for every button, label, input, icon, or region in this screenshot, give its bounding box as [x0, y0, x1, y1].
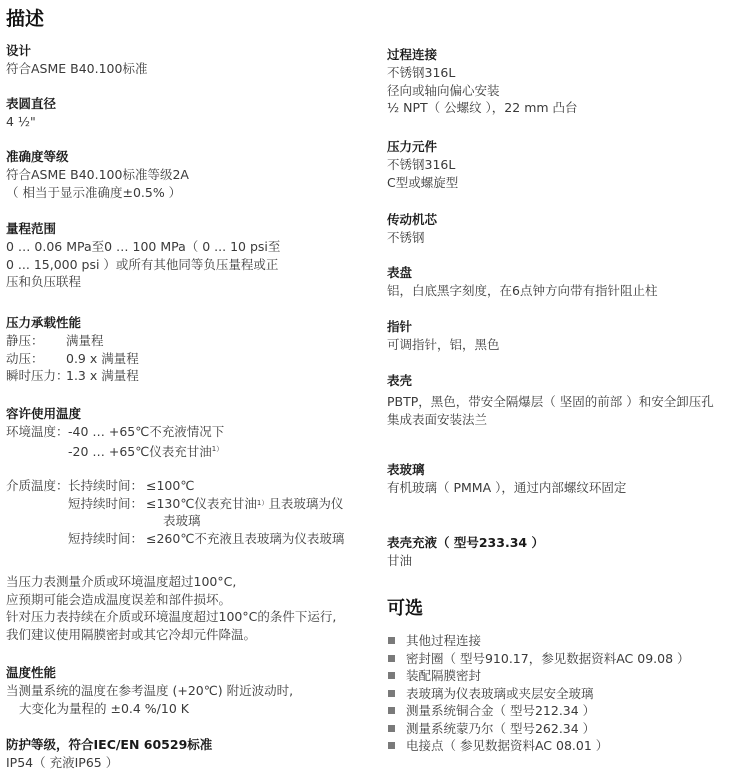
warning-text: 当压力表测量介质或环境温度超过100°C, [6, 573, 366, 591]
pressure-row-static: 静压： 满量程 [6, 332, 366, 350]
list-item: 测量系统蒙乃尔（ 型号262.34 ） [387, 720, 747, 738]
section-window: 表玻璃 有机玻璃（ PMMA ），通过内部螺纹环固定 [387, 461, 747, 497]
ambient-row-2: -20 … +65℃仪表充甘油1） [6, 441, 366, 461]
list-item-text: 其他过程连接 [406, 632, 481, 650]
section-dial: 表盘 铝，白底黑字刻度，在6点钟方向带有指针阻止柱 [387, 264, 747, 300]
section-case: 表壳 PBTP，黑色，带安全隔爆层（ 坚固的前部 ）和安全卸压孔 集成表面安装法… [387, 372, 747, 428]
list-item-text: 装配隔膜密封 [406, 667, 481, 685]
pressure-row-short-time: 瞬时压力： 1.3 x 满量程 [6, 367, 366, 385]
section-heading: 压力元件 [387, 138, 747, 156]
row-value: 满量程 [66, 332, 104, 350]
section-text: 大变化为量程的 ±0.4 %/10 K [6, 700, 366, 718]
medium-row-short-2: 短持续时间： ≤260℃不充液且表玻璃为仪表玻璃 [6, 530, 366, 548]
section-process-connection: 过程连接 不锈钢316L 径向或轴向偏心安装 ½ NPT（ 公螺纹 ），22 m… [387, 46, 747, 117]
section-text: 集成表面安装法兰 [387, 411, 747, 429]
options-list: 其他过程连接 密封圈（ 型号910.17，参见数据资料AC 09.08 ） 装配… [387, 632, 747, 755]
section-text: C型或螺旋型 [387, 174, 747, 192]
row-value: 表玻璃 [163, 513, 201, 528]
page-title: 描述 [6, 4, 44, 31]
section-text: 甘油 [387, 552, 747, 570]
square-bullet-icon [388, 725, 395, 732]
section-heading: 表壳 [387, 372, 747, 390]
medium-row-short-1-cont: 表玻璃 [6, 512, 366, 530]
section-text: 4 ½" [6, 113, 366, 131]
list-item: 其他过程连接 [387, 632, 747, 650]
section-heading: 准确度等级 [6, 148, 366, 166]
section-heading: 表壳充液（ 型号233.34 ） [387, 534, 747, 552]
section-case-fill: 表壳充液（ 型号233.34 ） 甘油 [387, 534, 747, 570]
section-heading: 量程范围 [6, 220, 366, 238]
warning-text: 应预期可能会造成温度误差和部件损坏。 [6, 591, 366, 609]
ambient-value: -20 … +65℃仪表充甘油 [68, 444, 212, 459]
section-heading: 温度性能 [6, 664, 366, 682]
ambient-value: -40 … +65℃不充液情况下 [68, 423, 224, 441]
row-label: 动压： [6, 350, 66, 368]
section-text: （ 相当于显示准确度±0.5% ） [6, 184, 366, 202]
options-title: 可选 [387, 594, 423, 620]
footnote-mark: 1） [212, 445, 223, 453]
list-item-text: 密封圈（ 型号910.17，参见数据资料AC 09.08 ） [406, 650, 690, 668]
row-label: 静压： [6, 332, 66, 350]
warning-text: 我们建议使用隔膜密封或其它冷却元件降温。 [6, 626, 366, 644]
row-value: ≤130℃仪表充甘油 [146, 495, 257, 513]
row-value-cont: 且表玻璃为仪 [268, 495, 343, 513]
section-movement: 传动机芯 不锈钢 [387, 211, 747, 247]
list-item: 电接点（ 参见数据资料AC 08.01 ） [387, 737, 747, 755]
section-heading: 表盘 [387, 264, 747, 282]
section-temperature: 容许使用温度 环境温度： -40 … +65℃不充液情况下 -20 … +65℃… [6, 405, 366, 547]
row-label: 短持续时间： [68, 495, 146, 513]
section-pressure-element: 压力元件 不锈钢316L C型或螺旋型 [387, 138, 747, 191]
warning-text: 针对压力表持续在介质或环境温度超过100°C的条件下运行, [6, 608, 366, 626]
section-text: 不锈钢316L [387, 156, 747, 174]
section-accuracy: 准确度等级 符合ASME B40.100标准等级2A （ 相当于显示准确度±0.… [6, 148, 366, 201]
square-bullet-icon [388, 690, 395, 697]
section-heading: 表圆直径 [6, 95, 366, 113]
ambient-row: 环境温度： -40 … +65℃不充液情况下 [6, 423, 366, 441]
list-item: 密封圈（ 型号910.17，参见数据资料AC 09.08 ） [387, 650, 747, 668]
pressure-row-fluctuating: 动压： 0.9 x 满量程 [6, 350, 366, 368]
section-text: 可调指针，铝，黑色 [387, 336, 747, 354]
ambient-label: 环境温度： [6, 423, 68, 441]
section-heading: 设计 [6, 42, 366, 60]
list-item: 测量系统铜合金（ 型号212.34 ） [387, 702, 747, 720]
square-bullet-icon [388, 707, 395, 714]
section-text: PBTP，黑色，带安全隔爆层（ 坚固的前部 ）和安全卸压孔 [387, 393, 747, 411]
medium-row-short-1: 短持续时间： ≤130℃仪表充甘油1）且表玻璃为仪 [6, 495, 366, 513]
square-bullet-icon [388, 637, 395, 644]
section-design: 设计 符合ASME B40.100标准 [6, 42, 366, 78]
row-value: 1.3 x 满量程 [66, 367, 139, 385]
section-text: 有机玻璃（ PMMA ），通过内部螺纹环固定 [387, 479, 747, 497]
square-bullet-icon [388, 655, 395, 662]
section-text: 当测量系统的温度在参考温度 (+20℃) 附近波动时, [6, 682, 366, 700]
list-item: 装配隔膜密封 [387, 667, 747, 685]
row-value: ≤260℃不充液且表玻璃为仪表玻璃 [146, 530, 344, 548]
list-item-text: 测量系统蒙乃尔（ 型号262.34 ） [406, 720, 595, 738]
section-text: 符合ASME B40.100标准 [6, 60, 366, 78]
row-label: 短持续时间： [68, 530, 146, 548]
section-ingress: 防护等级，符合IEC/EN 60529标准 IP54（ 充液IP65 ） [6, 736, 366, 772]
section-text: 径向或轴向偏心安装 [387, 82, 747, 100]
section-text: 压和负压联程 [6, 273, 366, 291]
section-heading: 过程连接 [387, 46, 747, 64]
section-heading: 指针 [387, 318, 747, 336]
square-bullet-icon [388, 672, 395, 679]
medium-label: 介质温度： [6, 477, 68, 495]
footnote-mark: 1） [257, 495, 268, 513]
section-text: 0 … 0.06 MPa至0 … 100 MPa（ 0 ... 10 psi至 [6, 238, 366, 256]
row-label: 长持续时间： [68, 477, 146, 495]
section-text: IP54（ 充液IP65 ） [6, 754, 366, 772]
section-text: 不锈钢316L [387, 64, 747, 82]
list-item-text: 测量系统铜合金（ 型号212.34 ） [406, 702, 595, 720]
section-text: 铝，白底黑字刻度，在6点钟方向带有指针阻止柱 [387, 282, 747, 300]
section-heading: 表玻璃 [387, 461, 747, 479]
section-dial-size: 表圆直径 4 ½" [6, 95, 366, 131]
section-text: 符合ASME B40.100标准等级2A [6, 166, 366, 184]
row-value: 0.9 x 满量程 [66, 350, 139, 368]
section-temp-effect: 温度性能 当测量系统的温度在参考温度 (+20℃) 附近波动时, 大变化为量程的… [6, 664, 366, 717]
section-text: 不锈钢 [387, 229, 747, 247]
section-heading: 传动机芯 [387, 211, 747, 229]
row-value: ≤100℃ [146, 477, 194, 495]
section-text: 0 ... 15,000 psi ）或所有其他同等负压量程或正 [6, 256, 366, 274]
section-heading: 压力承载性能 [6, 314, 366, 332]
list-item: 表玻璃为仪表玻璃或夹层安全玻璃 [387, 685, 747, 703]
section-heading: 防护等级，符合IEC/EN 60529标准 [6, 736, 366, 754]
row-label: 瞬时压力： [6, 367, 66, 385]
square-bullet-icon [388, 742, 395, 749]
section-text: ½ NPT（ 公螺纹 ），22 mm 凸台 [387, 99, 747, 117]
list-item-text: 表玻璃为仪表玻璃或夹层安全玻璃 [406, 685, 594, 703]
section-heading: 容许使用温度 [6, 405, 366, 423]
medium-row-long: 介质温度： 长持续时间： ≤100℃ [6, 477, 366, 495]
section-range: 量程范围 0 … 0.06 MPa至0 … 100 MPa（ 0 ... 10 … [6, 220, 366, 291]
section-warning: 当压力表测量介质或环境温度超过100°C, 应预期可能会造成温度误差和部件损坏。… [6, 573, 366, 643]
list-item-text: 电接点（ 参见数据资料AC 08.01 ） [406, 737, 608, 755]
section-pressure-limit: 压力承载性能 静压： 满量程 动压： 0.9 x 满量程 瞬时压力： 1.3 x… [6, 314, 366, 385]
section-pointer: 指针 可调指针，铝，黑色 [387, 318, 747, 354]
